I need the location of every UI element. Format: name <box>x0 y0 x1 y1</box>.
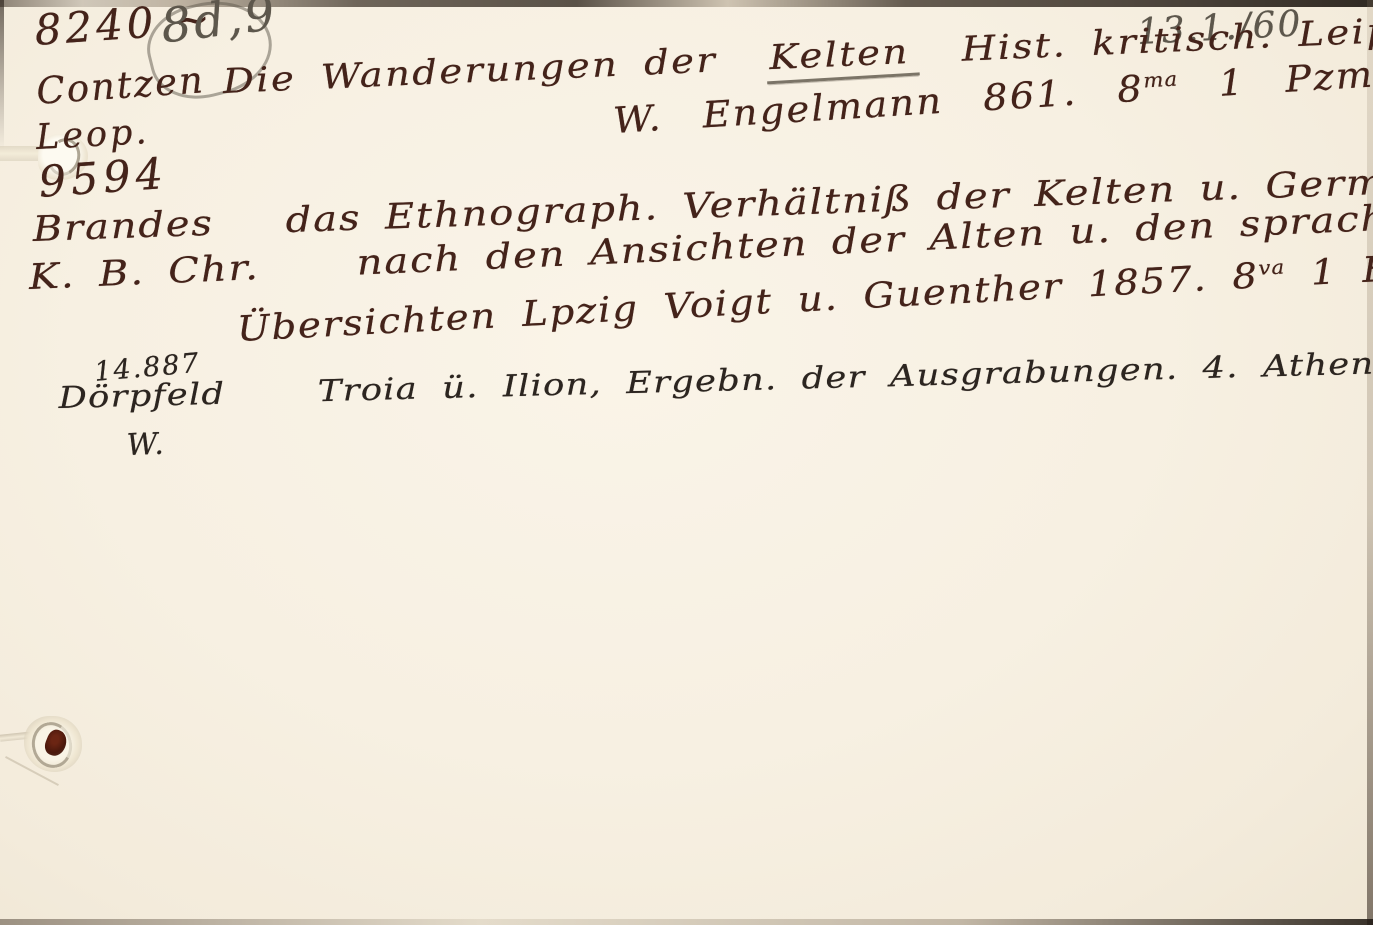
card-edge-left <box>0 0 4 150</box>
entry3-title-text: Troia ü. Ilion, Ergebn. der Ausgrabungen… <box>317 343 1373 409</box>
entry1-format-superscript: ma <box>1143 67 1179 92</box>
punch-hole-bottom <box>24 716 82 772</box>
card-edge-right <box>1367 0 1373 925</box>
entry2-author-surname: Brandes <box>32 204 214 250</box>
entry3-author-firstname: W. <box>126 427 166 463</box>
entry2-shelfmark: 9594 <box>37 149 170 208</box>
entry3-title-line: Dörpfeld Troia ü. Ilion, Ergebn. der Aus… <box>58 343 1373 416</box>
entry2-author-firstname: K. B. Chr. <box>28 248 260 298</box>
card-edge-bottom <box>0 919 1373 925</box>
entry2-binding-text: 1 Hlblwd <box>1310 243 1373 294</box>
entry3-author-surname: Dörpfeld <box>58 377 226 416</box>
entry1-title-pre: Die Wanderungen der <box>222 40 718 102</box>
entry1-title-underlined-word: Kelten <box>768 32 910 78</box>
entry1-imprint-binding: 1 Pzmbd. <box>1217 50 1373 105</box>
entry2-format-superscript: va <box>1258 255 1286 279</box>
entry1-author-surname: Contzen <box>35 58 206 113</box>
catalog-card: 8240 ~ 8d,9 13.1./60 Contzen Die Wanderu… <box>0 0 1373 925</box>
